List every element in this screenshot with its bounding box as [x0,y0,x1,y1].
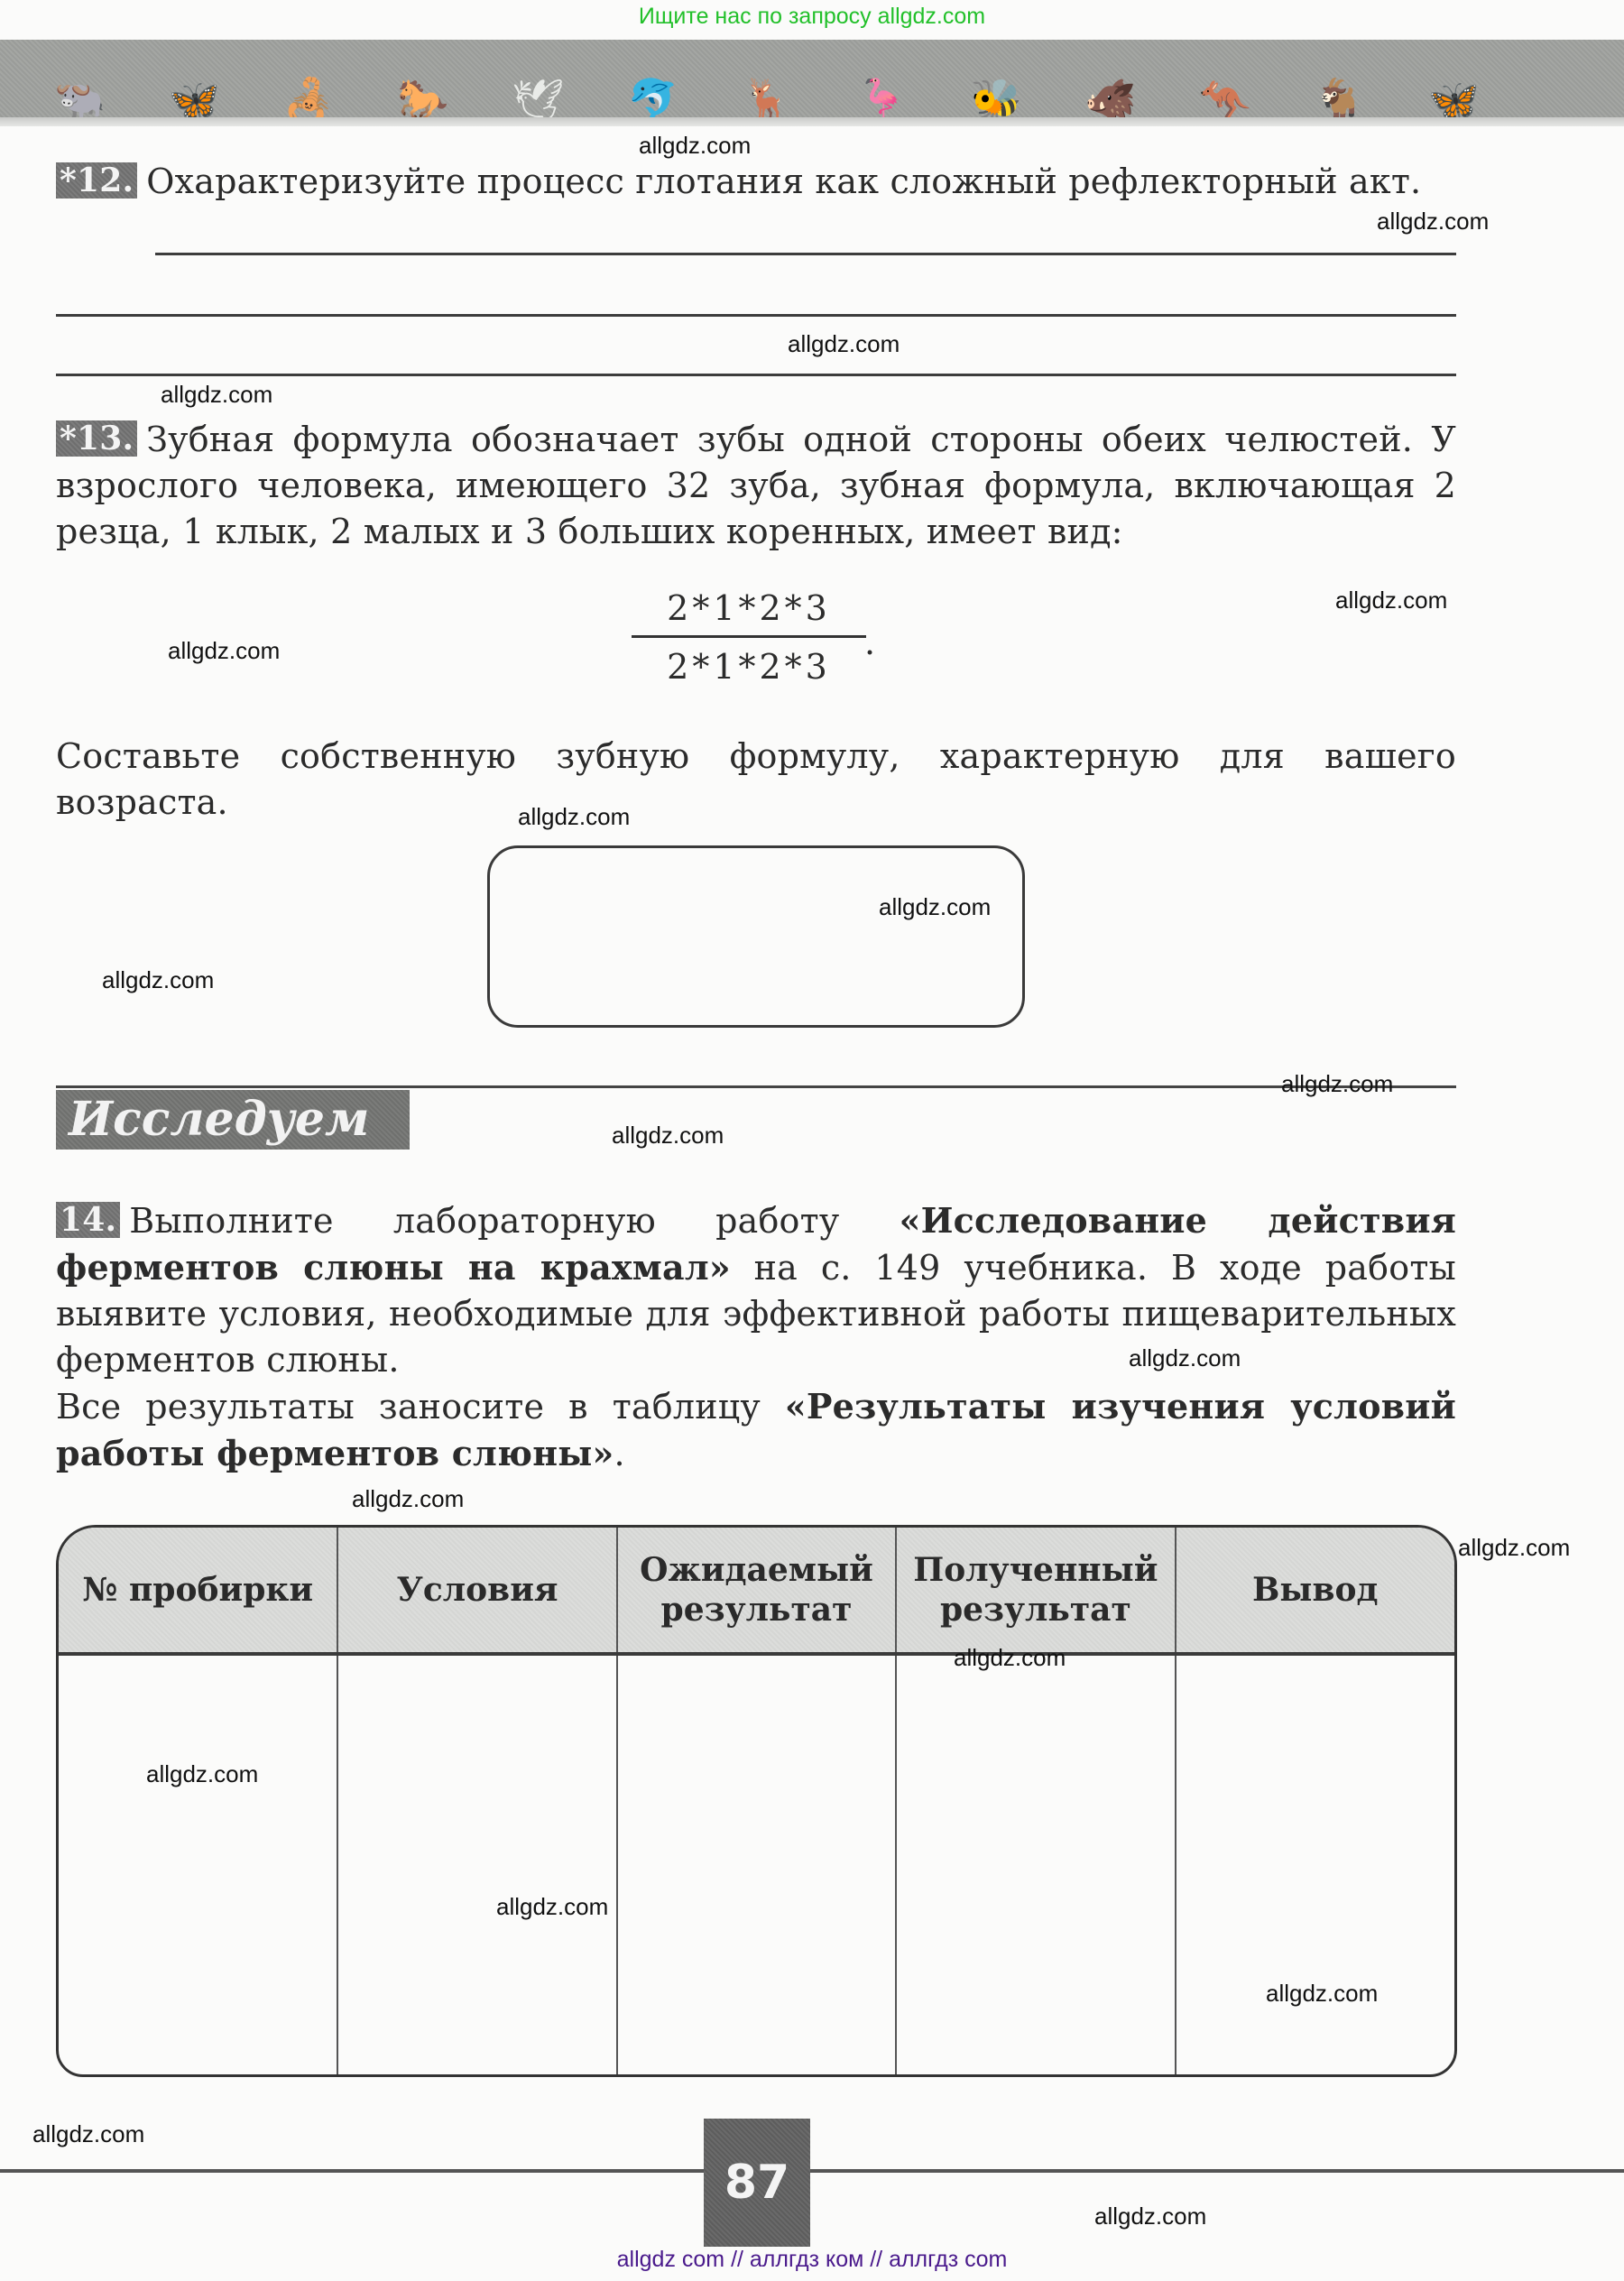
column-header: Ожидаемый результат [617,1528,896,1654]
watermark: allgdz.com [496,1893,608,1921]
dental-formula-answer-box[interactable] [487,845,1025,1028]
question-text: Зубная формула обозначает зубы одной сто… [56,420,1456,551]
table-cell[interactable] [1176,1654,1454,2074]
section-divider [56,1085,1456,1088]
formula-denominator: 2*1*2*3 [632,645,866,688]
watermark: allgdz.com [612,1122,724,1150]
watermark: allgdz.com [954,1644,1066,1672]
seahorse-icon: 🦩 [856,79,908,121]
insect-icon: 🐝 [971,79,1022,121]
footer-divider [0,2169,1624,2173]
watermark: allgdz.com [161,381,272,409]
section-title: Исследуем [56,1090,410,1150]
results-table: № пробирки Условия Ожидаемый результат П… [56,1525,1457,2077]
promo-banner-top[interactable]: Ищите нас по запросу allgdz.com [0,4,1624,30]
question-badge: 14. [56,1202,120,1238]
table-cell[interactable] [896,1654,1175,2074]
watermark: allgdz.com [879,893,991,921]
butterfly-icon: 🦋 [1428,79,1480,121]
question-badge: *13. [56,420,137,457]
watermark: allgdz.com [518,803,630,831]
table-row [59,1654,1454,2074]
column-header: Полученный результат [896,1528,1175,1654]
table-cell[interactable] [59,1654,337,2074]
bird-icon: 🕊 [512,79,564,121]
boar-icon: 🐗 [1084,79,1136,121]
watermark: allgdz.com [1335,586,1447,614]
column-header: Вывод [1176,1528,1454,1654]
question-text: Все результаты заносите в таблицу [56,1387,785,1427]
column-header: № пробирки [59,1528,337,1654]
watermark: allgdz.com [1094,2203,1206,2230]
answer-line[interactable] [155,253,1456,255]
animal-silhouettes: 🐃 🦋 🦂 🐎 🕊 🐬 🦌 🦩 🐝 🐗 🦘 🐐 🦋 [54,67,1480,121]
watermark: allgdz.com [32,2120,144,2148]
question-13-task: Составьте собственную зубную формулу, ха… [56,734,1456,826]
header-band: 🐃 🦋 🦂 🐎 🕊 🐬 🦌 🦩 🐝 🐗 🦘 🐐 🦋 [0,40,1624,126]
watermark: allgdz.com [1129,1344,1241,1372]
kangaroo-icon: 🦘 [1199,79,1250,121]
horse-icon: 🐎 [397,79,448,121]
watermark: allgdz.com [788,330,900,358]
question-badge: *12. [56,162,137,199]
punctuation: . [614,1434,624,1473]
dental-formula: 2*1*2*3 2*1*2*3 [632,586,866,688]
formula-period: . [864,623,875,662]
butterfly-icon: 🦋 [169,79,220,121]
table-cell[interactable] [617,1654,896,2074]
fraction-bar [632,635,866,638]
scorpion-icon: 🦂 [283,79,335,121]
table-header-row: № пробирки Условия Ожидаемый результат П… [59,1528,1454,1654]
answer-line[interactable] [56,374,1456,376]
watermark: allgdz.com [146,1760,258,1788]
watermark: allgdz.com [1458,1534,1570,1562]
gazelle-icon: 🐐 [1314,79,1365,121]
watermark: allgdz.com [639,132,751,160]
table-cell[interactable] [337,1654,616,2074]
watermark: allgdz.com [168,637,280,665]
watermark: allgdz.com [1377,208,1489,235]
watermark: allgdz.com [352,1485,464,1513]
bison-icon: 🐃 [54,79,106,121]
question-12: *12.Охарактеризуйте процесс глотания как… [56,159,1456,205]
answer-line[interactable] [56,314,1456,317]
question-14: 14.Выполните лабораторную работу «Исслед… [56,1197,1456,1477]
formula-numerator: 2*1*2*3 [632,586,866,630]
promo-banner-bottom[interactable]: allgdz com // аллгдз ком // аллгдз com [0,2247,1624,2273]
watermark: allgdz.com [1266,1980,1378,2008]
antelope-icon: 🦌 [742,79,793,121]
watermark: allgdz.com [102,966,214,994]
dolphin-icon: 🐬 [627,79,678,121]
question-13: *13.Зубная формула обозначает зубы одной… [56,417,1456,555]
question-text: Охарактеризуйте процесс глотания как сло… [146,162,1421,201]
watermark: allgdz.com [1281,1070,1393,1098]
column-header: Условия [337,1528,616,1654]
page-number: 87 [704,2119,810,2247]
question-text: Выполните лабораторную работу [129,1201,899,1241]
